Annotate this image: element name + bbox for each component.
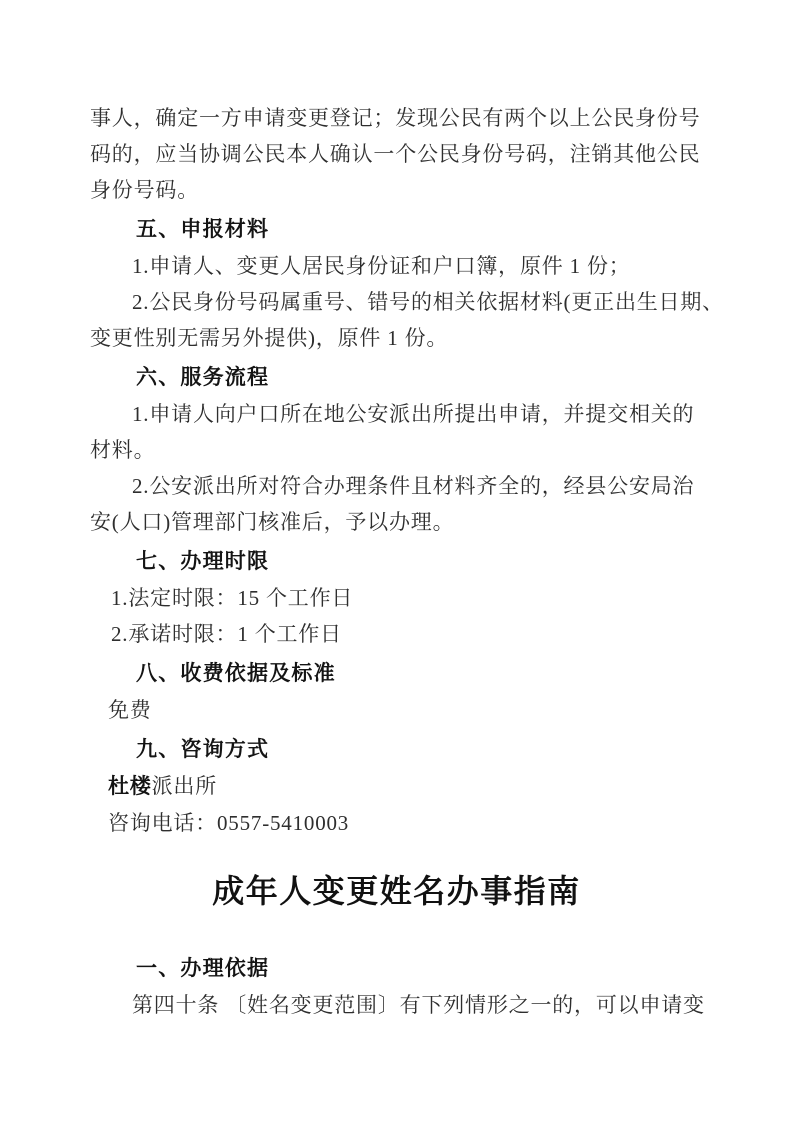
section-8-fees: 八、收费依据及标准 免费: [90, 656, 703, 728]
fee-value: 免费: [90, 692, 703, 728]
list-item: 1.申请人向户口所在地公安派出所提出申请，并提交相关的: [90, 396, 703, 432]
phone-line: 咨询电话：0557-5410003: [90, 805, 703, 841]
document-page: 事人，确定一方申请变更登记；发现公民有两个以上公民身份号 码的，应当协调公民本人…: [0, 0, 793, 1122]
section-heading-6: 六、服务流程: [90, 360, 703, 396]
section-heading-7: 七、办理时限: [90, 544, 703, 580]
document-content: 事人，确定一方申请变更登记；发现公民有两个以上公民身份号 码的，应当协调公民本人…: [0, 0, 793, 1023]
list-item: 2.承诺时限：1 个工作日: [90, 616, 703, 652]
section-heading-1-next: 一、办理依据: [90, 951, 703, 987]
list-item: 2.公安派出所对符合办理条件且材料齐全的，经县公安局治: [90, 468, 703, 504]
next-guide-title: 成年人变更姓名办事指南: [90, 869, 703, 913]
section-heading-5: 五、申报材料: [90, 212, 703, 248]
section-7-time-limit: 七、办理时限 1.法定时限：15 个工作日 2.承诺时限：1 个工作日: [90, 544, 703, 652]
list-item: 2.公民身份号码属重号、错号的相关依据材料(更正出生日期、: [90, 284, 703, 320]
list-item: 1.法定时限：15 个工作日: [90, 580, 703, 616]
paragraph-line: 第四十条 〔姓名变更范围〕有下列情形之一的，可以申请变: [90, 987, 703, 1023]
paragraph-line: 事人，确定一方申请变更登记；发现公民有两个以上公民身份号: [90, 100, 703, 136]
paragraph-line: 材料。: [90, 432, 703, 468]
section-heading-9: 九、咨询方式: [90, 732, 703, 768]
paragraph-line: 码的，应当协调公民本人确认一个公民身份号码，注销其他公民: [90, 136, 703, 172]
section-9-contact: 九、咨询方式 杜楼派出所 咨询电话：0557-5410003: [90, 732, 703, 841]
paragraph-line: 身份号码。: [90, 172, 703, 208]
list-item: 1.申请人、变更人居民身份证和户口簿，原件 1 份；: [90, 248, 703, 284]
station-name-rest: 派出所: [152, 774, 217, 798]
section-heading-8: 八、收费依据及标准: [90, 656, 703, 692]
section-5-materials: 五、申报材料 1.申请人、变更人居民身份证和户口簿，原件 1 份； 2.公民身份…: [90, 212, 703, 356]
paragraph-line: 变更性别无需另外提供)，原件 1 份。: [90, 320, 703, 356]
section-6-process: 六、服务流程 1.申请人向户口所在地公安派出所提出申请，并提交相关的 材料。 2…: [90, 360, 703, 540]
next-guide-section-1-basis: 一、办理依据 第四十条 〔姓名变更范围〕有下列情形之一的，可以申请变: [90, 951, 703, 1023]
station-name-bold: 杜楼: [108, 775, 152, 798]
paragraph-line: 安(人口)管理部门核准后，予以办理。: [90, 504, 703, 540]
station-name-line: 杜楼派出所: [90, 768, 703, 805]
